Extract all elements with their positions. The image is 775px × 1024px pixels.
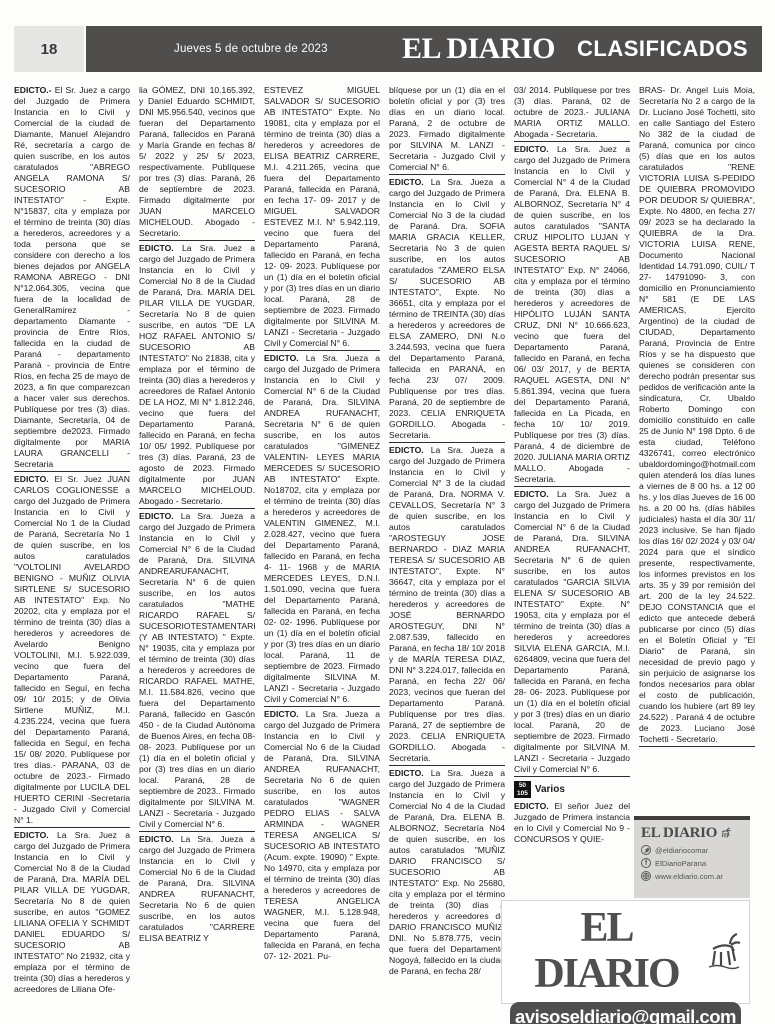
section-title: CLASIFICADOS	[577, 36, 748, 62]
section-label: Varios	[535, 784, 565, 795]
goat-mascot-icon	[707, 931, 741, 971]
edicto-lead: EDICTO.	[514, 489, 557, 499]
text-column-5: 03/ 2014. Publíquese por tres (3) días. …	[514, 85, 630, 1017]
social-row-twitter: @eldiariocomar	[641, 845, 743, 855]
social-box-title: EL DIARIO	[641, 825, 743, 842]
text-column-4: blíquese por un (1) día en el boletín of…	[389, 85, 505, 1017]
page-header: 18 Jueves 5 de octubre de 2023 EL DIARIO…	[14, 26, 762, 72]
website-url: www.eldiario.com.ar	[655, 872, 723, 881]
edicto-entry: EDICTO.- El Sr. Juez a cargo del Juzgado…	[14, 85, 130, 472]
facebook-icon: f	[641, 858, 651, 868]
edicto-entry: EDICTO. La Sra. Juez a cargo del Juzgado…	[14, 830, 130, 995]
edicto-entry: EDICTO. La Sra. Jueza a cargo del Juzgad…	[389, 768, 505, 977]
twitter-handle: @eldiariocomar	[655, 846, 708, 855]
twitter-icon	[641, 845, 651, 855]
edicto-lead: EDICTO.	[139, 243, 182, 253]
edicto-lead: EDICTO.	[514, 801, 554, 811]
edicto-entry: lia GÓMEZ, DNI 10.165.392, y Daniel Edua…	[139, 85, 255, 241]
edicto-lead: EDICTO.	[264, 353, 306, 363]
edicto-entry: EDICTO. La Sra. Jueza a cargo del Juzgad…	[264, 353, 380, 707]
edicto-entry: ESTEVEZ MIGUEL SALVADOR S/ SUCESORIO AB …	[264, 85, 380, 351]
edicto-lead: EDICTO.	[264, 709, 306, 719]
edicto-lead: EDICTO.	[389, 768, 431, 778]
edicto-entry: BRAS- Dr. Angel Luis Moia, Secretaría No…	[639, 85, 755, 747]
edicto-entry: blíquese por un (1) día en el boletín of…	[389, 85, 505, 175]
ad-email-pill: avisoseldiario@gmail.com	[510, 1002, 741, 1024]
edicto-lead: EDICTO.	[14, 830, 57, 840]
masthead-title: EL DIARIO	[402, 32, 555, 66]
social-box-title-text: EL DIARIO	[641, 825, 717, 842]
varios-section-header: 50105Varios	[514, 781, 630, 798]
social-row-website: www.eldiario.com.ar	[641, 871, 743, 881]
globe-icon	[641, 871, 651, 881]
edicto-entry: EDICTO. La Sra. Jueza a cargo del Juzgad…	[389, 177, 505, 443]
text-column-2: lia GÓMEZ, DNI 10.165.392, y Daniel Edua…	[139, 85, 255, 1017]
edicto-lead: EDICTO.	[14, 474, 54, 484]
text-column-3: ESTEVEZ MIGUEL SALVADOR S/ SUCESORIO AB …	[264, 85, 380, 1017]
edicto-entry: EDICTO. La Sra. Juez a cargo del Juzgado…	[514, 144, 630, 487]
el-diario-social-box: EL DIARIO @eldiariocomar f ElDiarioParan…	[634, 816, 750, 898]
edicto-entry: EDICTO. La Sra. Jueza a cargo del Juzgad…	[139, 834, 255, 944]
edicto-entry: 03/ 2014. Publíquese por tres (3) días. …	[514, 85, 630, 142]
facebook-handle: ElDiarioParana	[655, 859, 706, 868]
ad-masthead-text: EL DIARIO	[510, 905, 703, 997]
newspaper-page: 18 Jueves 5 de octubre de 2023 EL DIARIO…	[0, 0, 775, 1024]
edicto-entry: EDICTO. La Sra. Juez a cargo del Juzgado…	[139, 243, 255, 509]
edicto-lead: EDICTO.	[514, 144, 557, 154]
edicto-entry: EDICTO. La Sra. Jueza a cargo del Juzgad…	[389, 445, 505, 766]
goat-mascot-icon	[720, 827, 731, 840]
edicto-lead: EDICTO.	[389, 177, 431, 187]
social-row-facebook: f ElDiarioParana	[641, 858, 743, 868]
edicto-entry: EDICTO. El Sr. Juez JUAN CARLOS COGLIONE…	[14, 474, 130, 828]
text-column-1: EDICTO.- El Sr. Juez a cargo del Juzgado…	[14, 85, 130, 1017]
edicto-lead: EDICTO.-	[14, 85, 55, 95]
edicto-lead: EDICTO.	[139, 511, 181, 521]
header-bar: Jueves 5 de octubre de 2023 EL DIARIO CL…	[86, 26, 762, 72]
edicto-entry: EDICTO. El señor Juez del Juzgado de Pri…	[514, 801, 630, 845]
page-number: 18	[14, 26, 84, 72]
ad-masthead: EL DIARIO	[510, 905, 741, 997]
edicto-entry: EDICTO. La Sra. Juez a cargo del Juzgado…	[514, 489, 630, 777]
edicto-lead: EDICTO.	[139, 834, 181, 844]
edicto-lead: EDICTO.	[389, 445, 431, 455]
section-code-badge: 50105	[514, 781, 531, 798]
edicto-entry: EDICTO. La Sra. Jueza a cargo del Juzgad…	[264, 709, 380, 962]
el-diario-ad: EL DIARIO avisoseldiario@gmail.com	[501, 900, 750, 1004]
edicto-entry: EDICTO. La Sra. Jueza a cargo del Juzgad…	[139, 511, 255, 832]
edition-date: Jueves 5 de octubre de 2023	[174, 43, 328, 55]
